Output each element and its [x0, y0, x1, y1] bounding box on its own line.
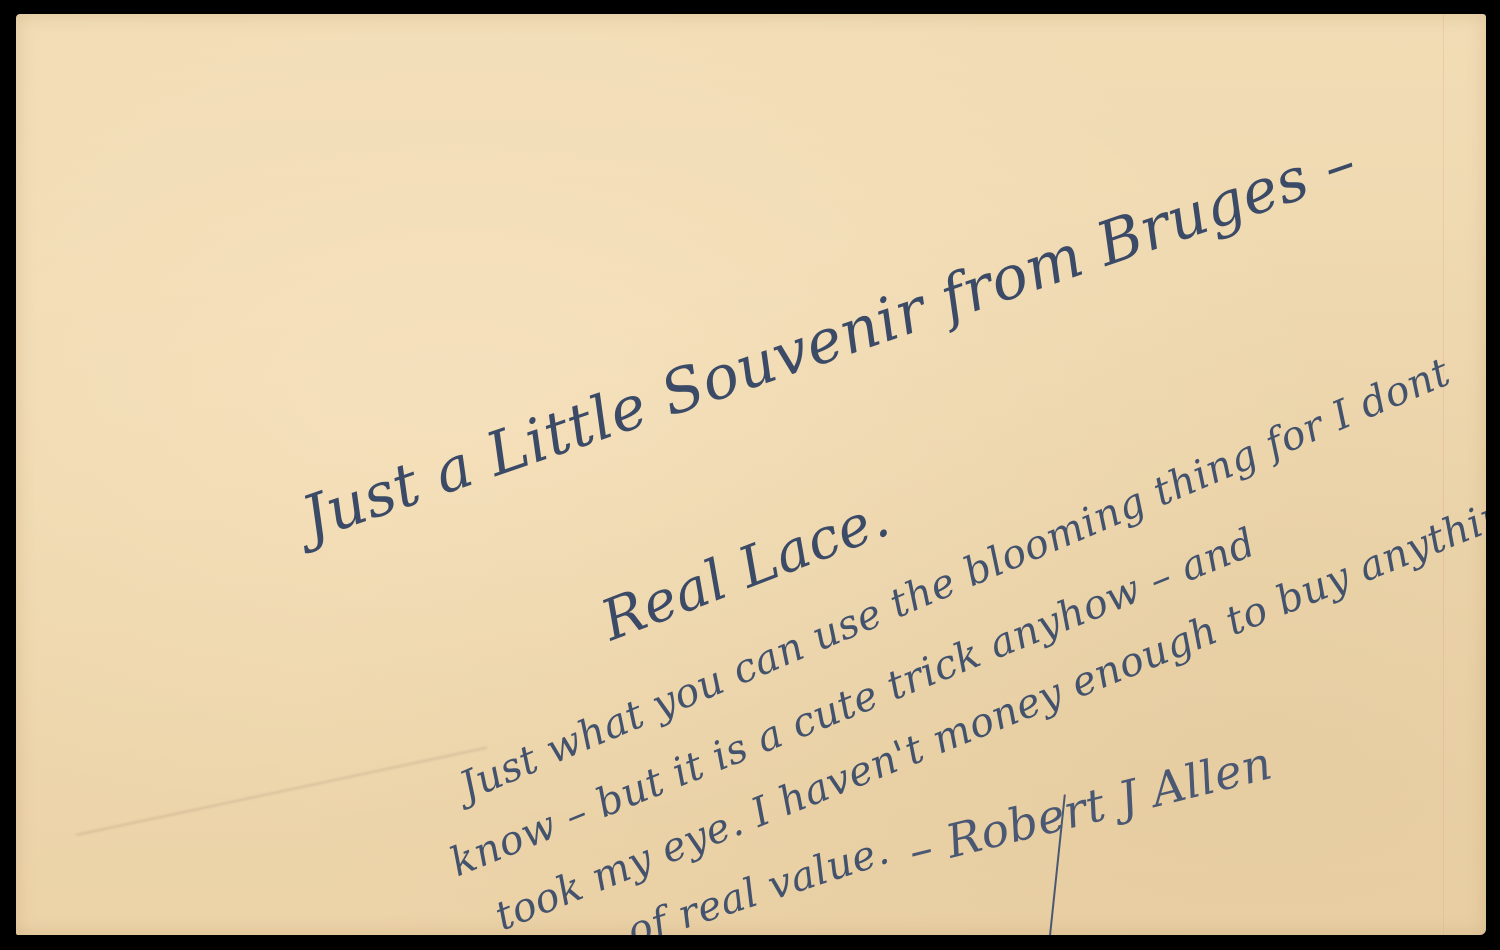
postcard: Just a Little Souvenir from Bruges – Rea… [16, 14, 1486, 935]
paper-faint-line [1443, 14, 1444, 935]
paper-crease [76, 747, 487, 836]
message-line-body-2: know – but it is a cute trick anyhow – a… [444, 520, 1262, 886]
